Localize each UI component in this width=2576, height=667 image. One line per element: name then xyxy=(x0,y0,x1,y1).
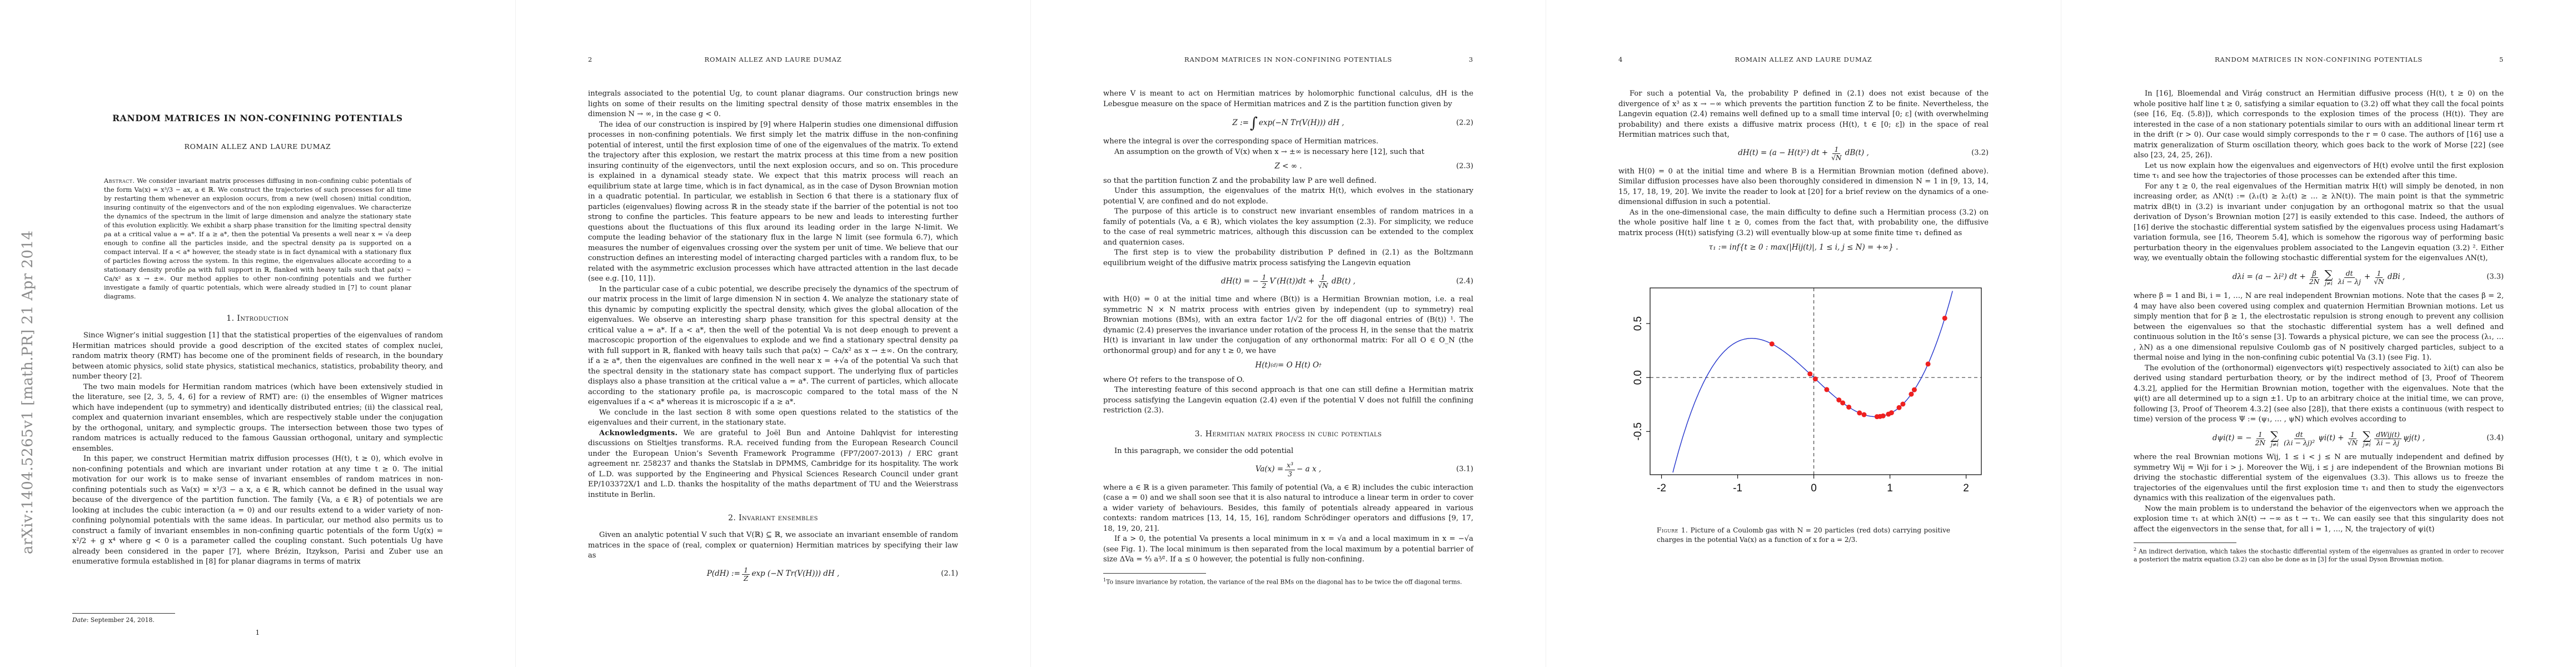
footnote-2: 2 An indirect derivation, which takes th… xyxy=(2134,546,2504,564)
paragraph: Let us now explain how the eigenvalues a… xyxy=(2134,161,2504,182)
paragraph: Now the main problem is to understand th… xyxy=(2134,504,2504,535)
running-title: RANDOM MATRICES IN NON-CONFINING POTENTI… xyxy=(2159,56,2479,63)
svg-text:2: 2 xyxy=(1963,482,1969,494)
acknowledgments-label: Acknowledgments. xyxy=(599,429,677,437)
paragraph: In the particular case of a cubic potent… xyxy=(588,285,958,408)
paragraph: In [16], Bloemendal and Virág construct … xyxy=(2134,89,2504,161)
paragraph: where the integral is over the correspon… xyxy=(1103,137,1473,147)
paragraph: In this paper, we construct Hermitian ma… xyxy=(72,454,443,568)
date-label: Date xyxy=(72,616,87,624)
section-heading-cubic-potentials: 3. Hermitian matrix process in cubic pot… xyxy=(1103,430,1473,439)
arxiv-watermark: arXiv:1404.5265v1 [math.PR] 21 Apr 2014 xyxy=(19,243,38,554)
equation-3-1: Va(x) = x³3 − a x ,(3.1) xyxy=(1103,461,1473,477)
paragraph: The interesting feature of this second a… xyxy=(1103,385,1473,416)
page-1-content: RANDOM MATRICES IN NON-CONFINING POTENTI… xyxy=(72,113,443,568)
svg-text:0: 0 xyxy=(1811,482,1817,494)
date-line: Date: September 24, 2018. xyxy=(72,616,443,624)
page-1-footer: Date: September 24, 2018. xyxy=(72,613,443,624)
page-2: 2 ROMAIN ALLEZ AND LAURE DUMAZ integrals… xyxy=(515,0,1030,667)
running-title: ROMAIN ALLEZ AND LAURE DUMAZ xyxy=(1643,56,1964,63)
paragraph: integrals associated to the potential Ug… xyxy=(588,89,958,120)
equation-2-2: Z := ∫ exp(−N Tr(V(H))) dH ,(2.2) xyxy=(1103,115,1473,132)
equation-3-3: dλi = (a − λi²) dt + β2N∑j≠idtλi − λj + … xyxy=(2134,269,2504,287)
acknowledgments-text: We are grateful to Joël Bun and Antoine … xyxy=(588,429,958,499)
date-value: : September 24, 2018. xyxy=(87,616,155,624)
page-number: 5 xyxy=(2479,56,2504,63)
page-3-content: where V is meant to act on Hermitian mat… xyxy=(1103,89,1473,586)
running-head: 4 ROMAIN ALLEZ AND LAURE DUMAZ xyxy=(1618,56,1989,63)
footnote-block: 1To insure invariance by rotation, the v… xyxy=(1103,573,1473,586)
paragraph: so that the partition function Z and the… xyxy=(1103,176,1473,187)
paragraph: where O† refers to the transpose of O. xyxy=(1103,375,1473,386)
page-4: 4 ROMAIN ALLEZ AND LAURE DUMAZ For such … xyxy=(1546,0,2061,667)
paper-authors: ROMAIN ALLEZ AND LAURE DUMAZ xyxy=(72,142,443,151)
paragraph: Since Wigner’s initial suggestion [1] th… xyxy=(72,331,443,382)
paper-title: RANDOM MATRICES IN NON-CONFINING POTENTI… xyxy=(72,113,443,123)
paragraph: In this paragraph, we consider the odd p… xyxy=(1103,446,1473,457)
acknowledgments: Acknowledgments. We are grateful to Joël… xyxy=(588,429,958,501)
page-number: 1 xyxy=(0,629,515,636)
abstract: Abstract. We consider invariant matrix p… xyxy=(104,176,411,301)
equation-tau-1: τ₁ := inf{t ≥ 0 : max(|Hij(t)|, 1 ≤ i, j… xyxy=(1618,243,1989,252)
paragraph: with H(0) = 0 at the initial time and wh… xyxy=(1618,167,1989,208)
abstract-text: We consider invariant matrix processes d… xyxy=(104,177,411,300)
page-3: RANDOM MATRICES IN NON-CONFINING POTENTI… xyxy=(1030,0,1546,667)
svg-text:1: 1 xyxy=(1887,482,1893,494)
page-number: 3 xyxy=(1448,56,1473,63)
paragraph: As in the one-dimensional case, the main… xyxy=(1618,208,1989,239)
paragraph: The idea of our construction is inspired… xyxy=(588,120,958,285)
paragraph: For any t ≥ 0, the real eigenvalues of t… xyxy=(2134,182,2504,264)
figure-1-caption: Figure 1. Picture of a Coulomb gas with … xyxy=(1657,526,1950,545)
page-number: 2 xyxy=(588,56,613,63)
page-2-content: integrals associated to the potential Ug… xyxy=(588,89,958,588)
running-head: RANDOM MATRICES IN NON-CONFINING POTENTI… xyxy=(2134,56,2504,63)
equation-3-2: dH(t) = (a − H(t)²) dt + 1√N dB(t) ,(3.2… xyxy=(1618,146,1989,162)
svg-text:0.0: 0.0 xyxy=(1632,370,1644,385)
paragraph: If a > 0, the potential Va presents a lo… xyxy=(1103,534,1473,565)
footnote-1: 1To insure invariance by rotation, the v… xyxy=(1103,576,1473,586)
svg-text:0.5: 0.5 xyxy=(1632,316,1644,331)
paragraph: The first step is to view the probabilit… xyxy=(1103,248,1473,268)
page-number: 4 xyxy=(1618,56,1643,63)
svg-text:-1: -1 xyxy=(1733,482,1742,494)
paragraph: where the real Brownian motions Wij, 1 ≤… xyxy=(2134,452,2504,504)
page-5: RANDOM MATRICES IN NON-CONFINING POTENTI… xyxy=(2061,0,2576,667)
running-head: RANDOM MATRICES IN NON-CONFINING POTENTI… xyxy=(1103,56,1473,63)
paragraph: where β = 1 and Bi, i = 1, …, N are real… xyxy=(2134,291,2504,364)
paragraph: We conclude in the last section 8 with s… xyxy=(588,408,958,429)
paragraph: An assumption on the growth of V(x) when… xyxy=(1103,147,1473,158)
svg-text:-2: -2 xyxy=(1657,482,1666,494)
paragraph: The two main models for Hermitian random… xyxy=(72,382,443,455)
page-4-content: For such a potential Va, the probability… xyxy=(1618,89,1989,545)
equation-2-4: dH(t) = −12 V′(H(t))dt + 1√N dB(t) ,(2.4… xyxy=(1103,273,1473,290)
paragraph: Given an analytic potential V such that … xyxy=(588,530,958,561)
footnote-rule xyxy=(2134,542,2236,543)
paragraph: For such a potential Va, the probability… xyxy=(1618,89,1989,141)
equation-distribution: H(t) (d)= O H(t) O† xyxy=(1103,361,1473,370)
page-1: arXiv:1404.5265v1 [math.PR] 21 Apr 2014 … xyxy=(0,0,515,667)
paragraph: where V is meant to act on Hermitian mat… xyxy=(1103,89,1473,109)
footnote-rule xyxy=(72,613,175,614)
footnote-text: To insure invariance by rotation, the va… xyxy=(1106,578,1462,585)
figure-1-plot: -2-1012-0.50.00.5 xyxy=(1621,285,1986,497)
paragraph: with H(0) = 0 at the initial time and wh… xyxy=(1103,295,1473,356)
abstract-label: Abstract. xyxy=(104,177,134,185)
figure-caption-text: Picture of a Coulomb gas with N = 20 par… xyxy=(1657,526,1950,544)
running-head: 2 ROMAIN ALLEZ AND LAURE DUMAZ xyxy=(588,56,958,63)
figure-caption-label: Figure 1. xyxy=(1657,526,1688,534)
page-5-content: In [16], Bloemendal and Virág construct … xyxy=(2134,89,2504,564)
running-title: ROMAIN ALLEZ AND LAURE DUMAZ xyxy=(613,56,933,63)
equation-2-3: Z < ∞ .(2.3) xyxy=(1103,162,1473,171)
equation-3-4: dψi(t) = −12N∑j≠idt(λi − λj)² ψi(t) + 1√… xyxy=(2134,430,2504,448)
running-title: RANDOM MATRICES IN NON-CONFINING POTENTI… xyxy=(1128,56,1448,63)
svg-text:-0.5: -0.5 xyxy=(1632,422,1644,441)
paragraph: The evolution of the (orthonormal) eigen… xyxy=(2134,364,2504,425)
footnote-block: 2 An indirect derivation, which takes th… xyxy=(2134,542,2504,564)
paragraph: where a ∈ ℝ is a given parameter. This f… xyxy=(1103,483,1473,535)
equation-2-1: P(dH) := 1Z exp (−N Tr(V(H))) dH ,(2.1) xyxy=(588,566,958,583)
section-heading-introduction: 1. Introduction xyxy=(72,314,443,323)
footnote-rule xyxy=(1103,573,1206,574)
section-heading-invariant-ensembles: 2. Invariant ensembles xyxy=(588,514,958,522)
footnote-text: An indirect derivation, which takes the … xyxy=(2134,548,2504,564)
paragraph: Under this assumption, the eigenvalues o… xyxy=(1103,186,1473,207)
paragraph: The purpose of this article is to constr… xyxy=(1103,207,1473,248)
footnote-marker: 2 xyxy=(2134,547,2136,552)
